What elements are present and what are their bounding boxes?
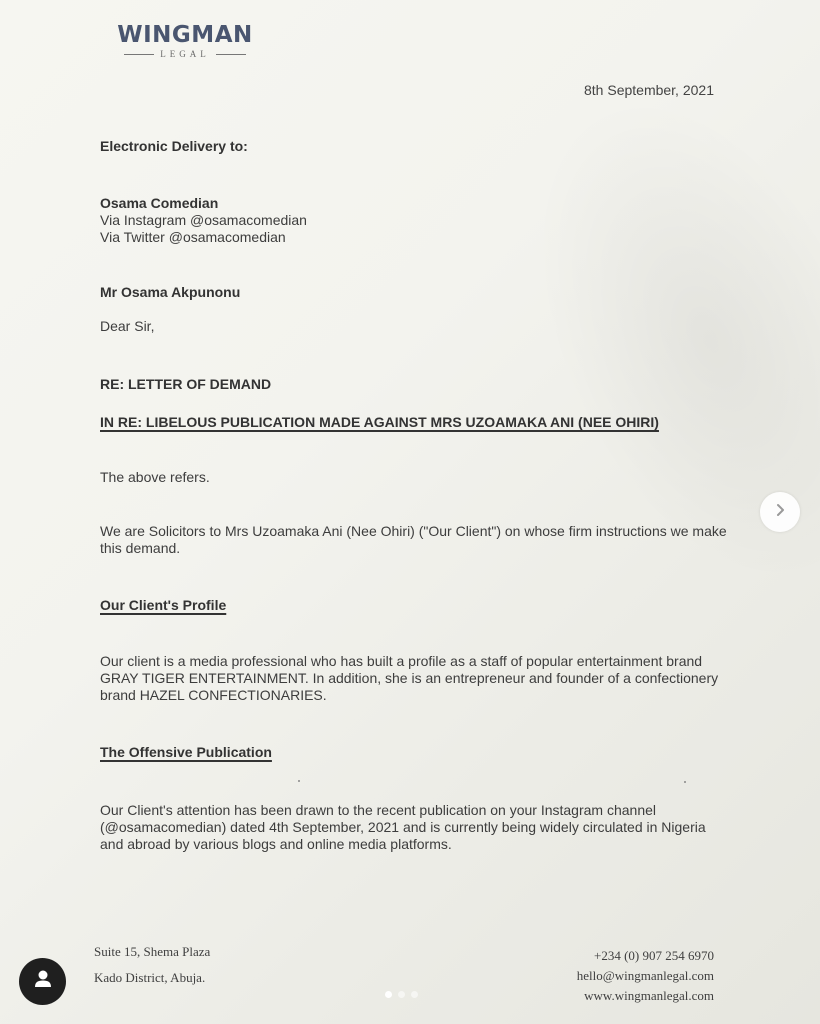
paper-speck <box>298 780 300 782</box>
salutation: Dear Sir, <box>100 318 154 334</box>
next-image-button[interactable] <box>760 492 800 532</box>
footer-phone: +234 (0) 907 254 6970 <box>577 946 714 966</box>
profile-paragraph: Our client is a media professional who h… <box>100 653 730 704</box>
recipient-twitter: Via Twitter @osamacomedian <box>100 229 286 245</box>
footer-website: www.wingmanlegal.com <box>577 986 714 1006</box>
publication-heading: The Offensive Publication <box>100 744 272 760</box>
footer-address-line1: Suite 15, Shema Plaza <box>94 944 210 960</box>
solicitors-paragraph: We are Solicitors to Mrs Uzoamaka Ani (N… <box>100 523 730 557</box>
addressee: Mr Osama Akpunonu <box>100 284 240 300</box>
letter-date: 8th September, 2021 <box>584 82 714 98</box>
recipient-name: Osama Comedian <box>100 195 218 211</box>
in-re-line: IN RE: LIBELOUS PUBLICATION MADE AGAINST… <box>100 414 659 430</box>
intro-text: The above refers. <box>100 469 210 485</box>
footer-email: hello@wingmanlegal.com <box>577 966 714 986</box>
logo-brand: WINGMAN <box>112 22 258 48</box>
chevron-right-icon <box>772 502 788 523</box>
carousel-indicator <box>385 991 418 998</box>
subject-line: RE: LETTER OF DEMAND <box>100 376 271 392</box>
profile-avatar-button[interactable] <box>19 958 66 1005</box>
user-icon <box>32 968 54 995</box>
publication-paragraph: Our Client's attention has been drawn to… <box>100 802 730 853</box>
profile-heading: Our Client's Profile <box>100 597 226 613</box>
carousel-dot-1[interactable] <box>385 991 392 998</box>
carousel-dot-3[interactable] <box>411 991 418 998</box>
recipient-instagram: Via Instagram @osamacomedian <box>100 212 307 228</box>
letterhead-logo: WINGMAN LEGAL <box>112 22 258 59</box>
carousel-dot-2[interactable] <box>398 991 405 998</box>
logo-rule-right <box>216 54 246 55</box>
footer-contact: +234 (0) 907 254 6970 hello@wingmanlegal… <box>577 946 714 1006</box>
footer-address-line2: Kado District, Abuja. <box>94 970 205 986</box>
paper-speck <box>684 781 686 783</box>
logo-sub-text: LEGAL <box>160 49 210 59</box>
logo-rule-left <box>124 54 154 55</box>
delivery-heading: Electronic Delivery to: <box>100 138 248 154</box>
logo-subtitle: LEGAL <box>112 49 258 59</box>
